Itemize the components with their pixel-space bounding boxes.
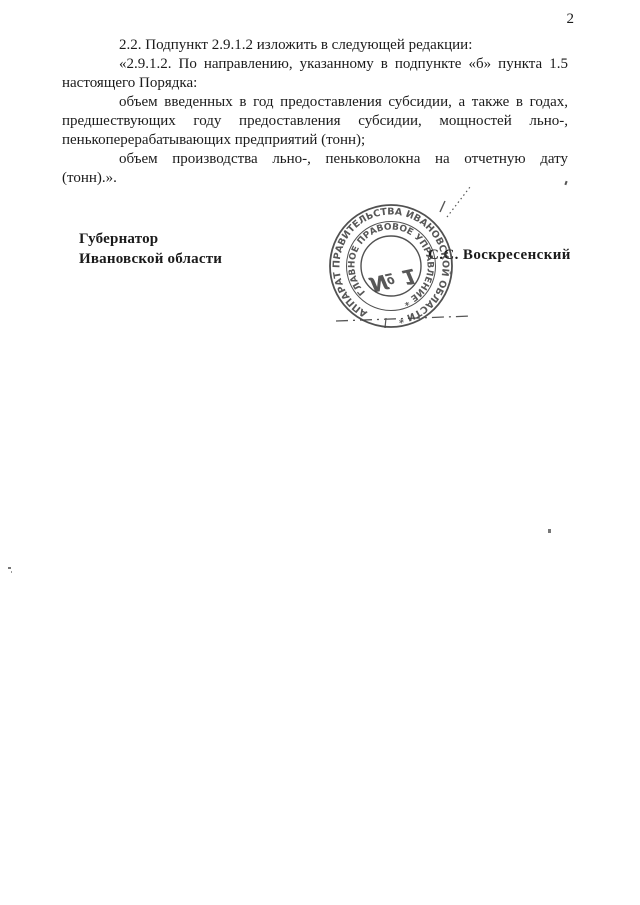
body-line: объем производства льно-, пеньковолокна … [62, 150, 568, 169]
body-line: 2.2. Подпункт 2.9.1.2 изложить в следующ… [62, 36, 568, 55]
signature-position-line: Ивановской области [79, 249, 222, 269]
body-line: настоящего Порядка: [62, 74, 568, 93]
body-line: пенькоперерабатывающих предприятий (тонн… [62, 131, 568, 150]
body-line: объем введенных в год предоставления суб… [62, 93, 568, 112]
signature-position-block: Губернатор Ивановской области [79, 229, 222, 269]
page-number: 2 [567, 11, 575, 28]
body-line: «2.9.1.2. По направлению, указанному в п… [62, 55, 568, 74]
official-stamp: АППАРАТ ПРАВИТЕЛЬСТВА ИВАНОВСКОЙ ОБЛАСТИ… [300, 175, 500, 350]
signature-position-line: Губернатор [79, 229, 222, 249]
body-line: предшествующих году предоставления субси… [62, 112, 568, 131]
scan-artifact [548, 529, 551, 533]
scanned-document-page: 2 2.2. Подпункт 2.9.1.2 изложить в следу… [0, 0, 640, 905]
stamp-number: № 1 [367, 263, 419, 296]
scan-artifact [8, 567, 11, 569]
document-body: 2.2. Подпункт 2.9.1.2 изложить в следующ… [62, 36, 568, 188]
scan-artifact [11, 571, 12, 573]
